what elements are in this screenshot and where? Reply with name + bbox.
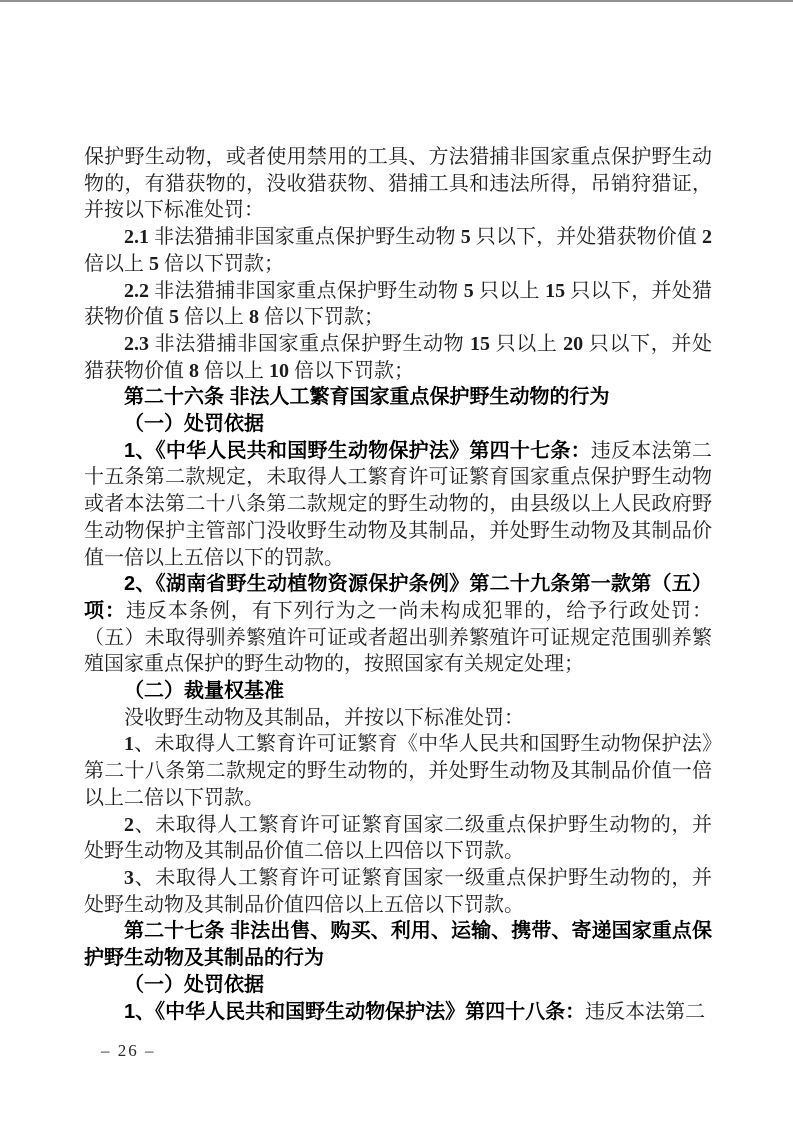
text-run: 违反本条例，有下列行为之一尚未构成犯罪的，给予行政处罚：（五）未取得驯养繁殖许可…	[84, 600, 712, 675]
subheading-discretion-benchmark: （二）裁量权基准	[84, 678, 712, 705]
paragraph-benchmark-2: 2、未取得人工繁育许可证繁育国家二级重点保护野生动物的，并处野生动物及其制品价值…	[84, 812, 712, 865]
article-heading-27: 第二十七条 非法出售、购买、利用、运输、携带、寄递国家重点保护野生动物及其制品的…	[84, 918, 712, 971]
text-run: 2.2 非法猎捕非国家重点保护野生动物 5 只以上 15 只以下，并处猎获物价值…	[84, 280, 712, 329]
document-body: 保护野生动物，或者使用禁用的工具、方法猎捕非国家重点保护野生动物的，有猎获物的，…	[84, 144, 712, 1025]
paragraph-benchmark-3: 3、未取得人工繁育许可证繁育国家一级重点保护野生动物的，并处野生动物及其制品价值…	[84, 865, 712, 918]
paragraph-penalty-2-2: 2.2 非法猎捕非国家重点保护野生动物 5 只以上 15 只以下，并处猎获物价值…	[84, 278, 712, 331]
paragraph-law-47: 1、《中华人民共和国野生动物保护法》第四十七条：违反本法第二十五条第二款规定，未…	[84, 438, 712, 572]
subheading-penalty-basis-2: （一）处罚依据	[84, 972, 712, 999]
text-run: 没收野生动物及其制品，并按以下标准处罚：	[124, 707, 524, 729]
paragraph-regulation-29: 2、《湖南省野生动植物资源保护条例》第二十九条第一款第（五）项：违反本条例，有下…	[84, 571, 712, 678]
paragraph-penalty-2-1: 2.1 非法猎捕非国家重点保护野生动物 5 只以下，并处猎获物价值 2 倍以上 …	[84, 224, 712, 277]
page-number: – 26 –	[101, 1041, 156, 1061]
heading-text: 第二十七条 非法出售、购买、利用、运输、携带、寄递国家重点保护野生动物及其制品的…	[84, 920, 712, 969]
heading-text: （一）处罚依据	[124, 413, 264, 435]
paragraph-penalty-2-3: 2.3 非法猎捕非国家重点保护野生动物 15 只以上 20 只以下，并处猎获物价…	[84, 331, 712, 384]
text-run: 2、未取得人工繁育许可证繁育国家二级重点保护野生动物的，并处野生动物及其制品价值…	[84, 814, 712, 863]
heading-text: （二）裁量权基准	[124, 680, 284, 702]
text-run: 1、未取得人工繁育许可证繁育《中华人民共和国野生动物保护法》第二十八条第二款规定…	[84, 733, 712, 808]
article-heading-26: 第二十六条 非法人工繁育国家重点保护野生动物的行为	[84, 384, 712, 411]
heading-text: 第二十六条 非法人工繁育国家重点保护野生动物的行为	[124, 386, 610, 408]
statute-reference: 1、《中华人民共和国野生动物保护法》第四十八条：	[124, 1001, 585, 1023]
subheading-penalty-basis-1: （一）处罚依据	[84, 411, 712, 438]
text-run: 2.1 非法猎捕非国家重点保护野生动物 5 只以下，并处猎获物价值 2 倍以上 …	[84, 226, 712, 275]
statute-reference: 1、《中华人民共和国野生动物保护法》第四十七条：	[124, 440, 591, 462]
paragraph-confiscation-intro: 没收野生动物及其制品，并按以下标准处罚：	[84, 705, 712, 732]
scan-edge-artifact	[0, 0, 793, 2]
heading-text: （一）处罚依据	[124, 974, 264, 996]
paragraph-benchmark-1: 1、未取得人工繁育许可证繁育《中华人民共和国野生动物保护法》第二十八条第二款规定…	[84, 731, 712, 811]
paragraph-law-48: 1、《中华人民共和国野生动物保护法》第四十八条：违反本法第二	[84, 999, 712, 1026]
text-run: 2.3 非法猎捕非国家重点保护野生动物 15 只以上 20 只以下，并处猎获物价…	[84, 333, 712, 382]
text-run: 保护野生动物，或者使用禁用的工具、方法猎捕非国家重点保护野生动物的，有猎获物的，…	[84, 146, 712, 221]
paragraph-continued: 保护野生动物，或者使用禁用的工具、方法猎捕非国家重点保护野生动物的，有猎获物的，…	[84, 144, 712, 224]
text-run: 3、未取得人工繁育许可证繁育国家一级重点保护野生动物的，并处野生动物及其制品价值…	[84, 867, 712, 916]
document-page: 保护野生动物，或者使用禁用的工具、方法猎捕非国家重点保护野生动物的，有猎获物的，…	[0, 0, 793, 1122]
text-run: 违反本法第二	[585, 1001, 705, 1023]
